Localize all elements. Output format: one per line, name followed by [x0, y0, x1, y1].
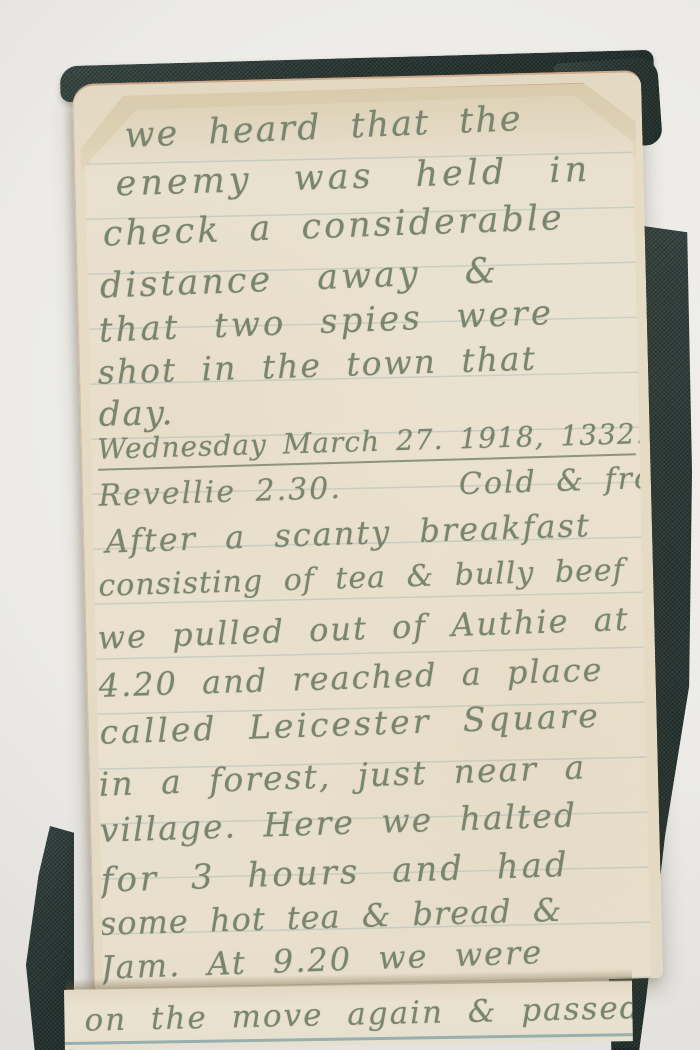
- handwriting-line: day.: [98, 396, 174, 432]
- diary-photograph: we heard that the enemy was held in chec…: [0, 0, 700, 1050]
- next-page: on the move again & passed: [64, 981, 633, 1050]
- diary-page: we heard that the enemy was held in chec…: [84, 94, 651, 990]
- handwriting-line: on the move again & passed: [84, 993, 633, 1037]
